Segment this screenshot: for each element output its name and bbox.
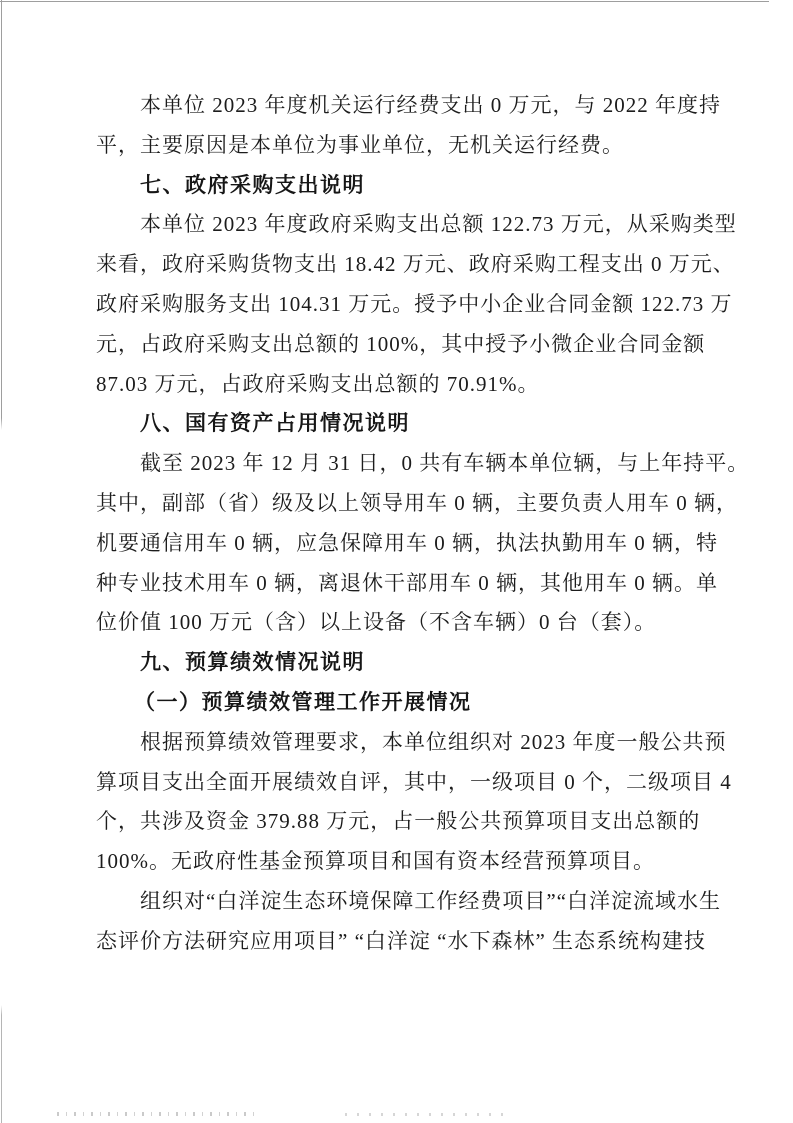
subheading-performance-management: （一）预算绩效管理工作开展情况	[96, 683, 716, 723]
heading-nine-budget-performance: 九、预算绩效情况说明	[96, 643, 716, 683]
para-office-expense-line2: 平，主要原因是本单位为事业单位，无机关运行经费。	[96, 126, 716, 166]
heading-eight-state-assets: 八、国有资产占用情况说明	[96, 404, 716, 444]
para-baiyangdian-line1: 组织对“白洋淀生态环境保障工作经费项目”“白洋淀流域水生	[96, 882, 716, 922]
para-procurement-line4: 元，占政府采购支出总额的 100%，其中授予小微企业合同金额	[96, 325, 716, 365]
scan-noise-marks	[57, 1112, 257, 1116]
para-procurement-line3: 政府采购服务支出 104.31 万元。授予中小企业合同金额 122.73 万	[96, 285, 716, 325]
para-assets-line4: 种专业技术用车 0 辆，离退休干部用车 0 辆，其他用车 0 辆。单	[96, 564, 716, 604]
document-page: 本单位 2023 年度机关运行经费支出 0 万元，与 2022 年度持 平，主要…	[0, 0, 793, 1123]
para-performance-line3: 个，共涉及资金 379.88 万元，占一般公共预算项目支出总额的	[96, 802, 716, 842]
scan-noise-marks-2	[345, 1113, 505, 1116]
para-procurement-line5: 87.03 万元，占政府采购支出总额的 70.91%。	[96, 365, 716, 405]
para-office-expense-line1: 本单位 2023 年度机关运行经费支出 0 万元，与 2022 年度持	[96, 86, 716, 126]
para-assets-line5: 位价值 100 万元（含）以上设备（不含车辆）0 台（套）。	[96, 603, 716, 643]
para-assets-line3: 机要通信用车 0 辆，应急保障用车 0 辆，执法执勤用车 0 辆，特	[96, 524, 716, 564]
para-assets-line1: 截至 2023 年 12 月 31 日，0 共有车辆本单位辆，与上年持平。	[96, 444, 716, 484]
para-procurement-line1: 本单位 2023 年度政府采购支出总额 122.73 万元，从采购类型	[96, 205, 716, 245]
document-text-block: 本单位 2023 年度机关运行经费支出 0 万元，与 2022 年度持 平，主要…	[96, 86, 716, 962]
para-procurement-line2: 来看，政府采购货物支出 18.42 万元、政府采购工程支出 0 万元、	[96, 245, 716, 285]
scan-edge-left-line	[1, 0, 2, 1123]
para-performance-line1: 根据预算绩效管理要求，本单位组织对 2023 年度一般公共预	[96, 723, 716, 763]
heading-seven-gov-procurement: 七、政府采购支出说明	[96, 166, 716, 206]
para-baiyangdian-line2: 态评价方法研究应用项目” “白洋淀 “水下森林” 生态系统构建技	[96, 922, 716, 962]
para-performance-line2: 算项目支出全面开展绩效自评，其中，一级项目 0 个，二级项目 4	[96, 763, 716, 803]
scan-edge-top-line	[0, 1, 769, 2]
para-performance-line4: 100%。无政府性基金预算项目和国有资本经营预算项目。	[96, 842, 716, 882]
para-assets-line2: 其中，副部（省）级及以上领导用车 0 辆，主要负责人用车 0 辆，	[96, 484, 716, 524]
